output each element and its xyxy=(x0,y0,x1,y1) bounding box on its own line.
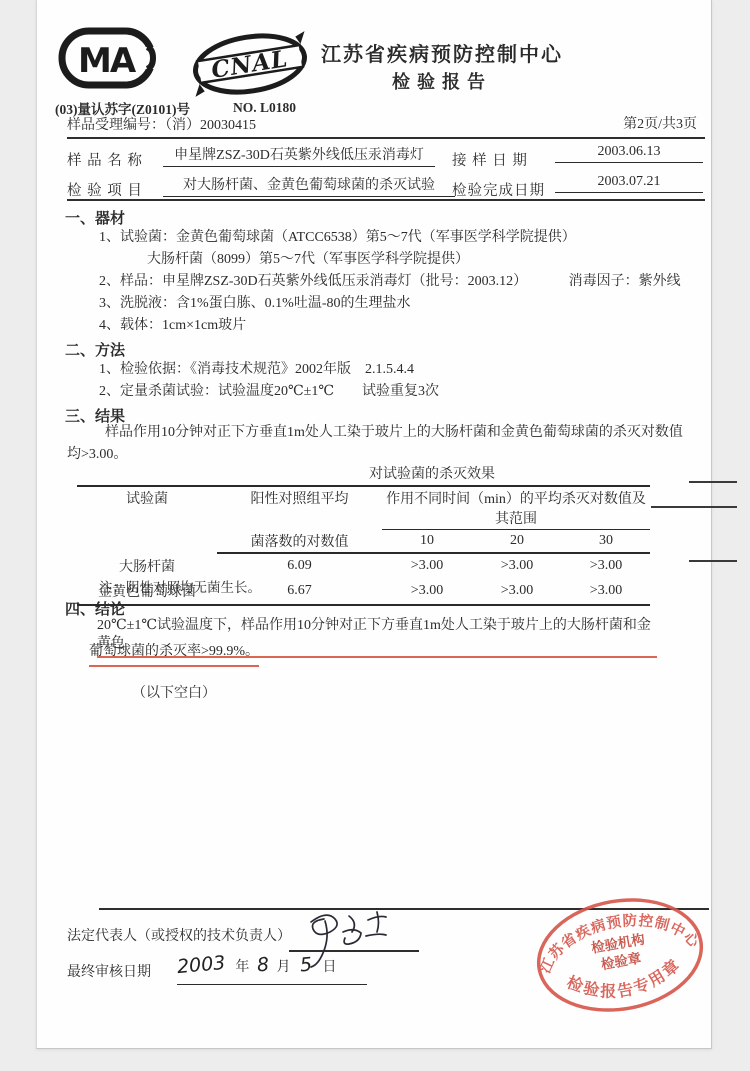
cell-t10: >3.00 xyxy=(382,553,472,579)
col-strain: 试验菌 xyxy=(77,486,217,553)
table-row: 大肠杆菌 6.09 >3.00 >3.00 >3.00 xyxy=(77,553,650,579)
final-review-date-label: 最终审核日期 xyxy=(67,964,151,982)
screenshot-root: { "page": { "number": "第2页/共3页" }, "head… xyxy=(0,0,750,1071)
result-line2: 均>3.00。 xyxy=(67,446,127,464)
page-number: 第2页/共3页 xyxy=(592,116,697,134)
table-title: 对试验菌的杀灭效果 xyxy=(287,466,577,484)
divider-info xyxy=(67,199,705,201)
section-method-title: 二、方法 xyxy=(65,339,125,360)
col-time-10: 10 xyxy=(382,530,472,553)
org-title: 江苏省疾病预防控制中心 xyxy=(277,38,607,67)
complete-date-value: 2003.07.21 xyxy=(555,174,703,193)
sample-accept-no: 样品受理编号：（消）20030415 xyxy=(67,117,256,135)
month-suffix: 月 xyxy=(276,960,290,975)
section-conclusion-title: 四、结论 xyxy=(65,598,125,619)
scan-line-fragment xyxy=(689,560,737,562)
official-stamp: 江苏省疾病预防控制中心 检验报告专用章 检验机构 检验章 xyxy=(527,884,713,1026)
receive-date-value: 2003.06.13 xyxy=(555,144,703,163)
stamp-arc-top-text: 江苏省疾病预防控制中心 xyxy=(529,899,706,980)
report-page: MA CNAL 江苏省疾病预防控制中心 检验报告 (03)量认苏字(Z0101)… xyxy=(36,0,712,1049)
section-materials-title: 一、器材 xyxy=(65,207,125,228)
materials-line2a: 2、样品：申星牌ZSZ-30D石英紫外线低压汞消毒灯（批号：2003.12） xyxy=(99,274,527,289)
stamp-arc-bottom-text: 检验报告专用章 xyxy=(561,953,688,1010)
materials-line3: 3、洗脱液：含1%蛋白胨、0.1%吐温-80的生理盐水 xyxy=(99,295,411,313)
stamp-center-line1: 检验机构 xyxy=(590,931,646,956)
cma-caption: (03)量认苏字(Z0101)号 xyxy=(55,98,190,118)
materials-line1: 1、试验菌：金黄色葡萄球菌（ATCC6538）第5～7代（军事医学科学院提供） xyxy=(99,229,576,247)
svg-text:检验报告专用章: 检验报告专用章 xyxy=(561,953,688,1010)
materials-line2: 2、样品：申星牌ZSZ-30D石英紫外线低压汞消毒灯（批号：2003.12） 消… xyxy=(99,273,681,291)
scan-line-fragment xyxy=(651,506,737,508)
handwritten-day: 5 xyxy=(300,954,314,977)
cell-strain: 大肠杆菌 xyxy=(77,553,217,579)
table-header-row-1: 试验菌 阳性对照组平均 作用不同时间（min）的平均杀灭对数值及其范围 xyxy=(77,486,650,530)
cma-letters: MA xyxy=(78,41,137,81)
cell-t20: >3.00 xyxy=(472,553,562,579)
complete-date-label: 检验完成日期 xyxy=(452,179,545,200)
divider-top xyxy=(67,137,705,139)
materials-line1b: 大肠杆菌（8099）第5～7代（军事医学科学院提供） xyxy=(147,251,469,269)
cell-control: 6.09 xyxy=(217,553,382,579)
method-line2: 2、定量杀菌试验：试验温度20℃±1℃ 试验重复3次 xyxy=(99,383,439,401)
cell-t10: >3.00 xyxy=(382,579,472,605)
materials-line4: 4、载体：1cm×1cm玻片 xyxy=(99,317,246,335)
table-note: 注：阴性对照均无菌生长。 xyxy=(99,576,261,596)
cell-t30: >3.00 xyxy=(562,579,650,605)
cell-t20: >3.00 xyxy=(472,579,562,605)
scan-line-fragment xyxy=(689,481,737,483)
test-item-value: 对大肠杆菌、金黄色葡萄球菌的杀灭试验 xyxy=(163,174,455,197)
col-time-20: 20 xyxy=(472,530,562,553)
conclusion-line2: 葡萄球菌的杀灭率>99.9%。 xyxy=(89,643,259,667)
handwritten-month: 8 xyxy=(256,954,270,977)
col-time-30: 30 xyxy=(562,530,650,553)
year-suffix: 年 xyxy=(235,960,249,975)
day-suffix: 日 xyxy=(323,960,337,975)
report-title: 检验报告 xyxy=(277,68,607,94)
col-group-header: 作用不同时间（min）的平均杀灭对数值及其范围 xyxy=(382,486,650,530)
final-review-date-line: 2003 年 8 月 5 日 xyxy=(177,954,367,985)
col-control-line1: 阳性对照组平均 xyxy=(217,486,382,530)
method-line1: 1、检验依据：《消毒技术规范》2002年版 2.1.5.4.4 xyxy=(99,361,414,379)
cell-t30: >3.00 xyxy=(562,553,650,579)
cma-logo: MA xyxy=(57,26,157,90)
receive-date-label: 接 样 日 期 xyxy=(452,149,528,170)
cnal-caption: NO. L0180 xyxy=(233,100,296,116)
svg-text:江苏省疾病预防控制中心: 江苏省疾病预防控制中心 xyxy=(529,899,706,980)
blank-below-note: （以下空白） xyxy=(132,685,216,703)
test-item-label: 检 验 项 目 xyxy=(67,179,143,200)
stamp-center-line2: 检验章 xyxy=(600,949,643,972)
materials-line2b: 消毒因子：紫外线 xyxy=(569,274,681,289)
sample-name-value: 申星牌ZSZ-30D石英紫外线低压汞消毒灯 xyxy=(163,144,435,167)
result-line1: 样品作用10分钟对正下方垂直1m处人工染于玻片上的大肠杆菌和金黄色葡萄球菌的杀灭… xyxy=(105,424,685,442)
legal-representative-label: 法定代表人（或授权的技术负责人） xyxy=(67,928,291,946)
sample-name-label: 样 品 名 称 xyxy=(67,149,143,170)
col-control-line2: 菌落数的对数值 xyxy=(217,530,382,553)
section-result-title: 三、结果 xyxy=(65,405,125,426)
handwritten-year: 2003 xyxy=(176,952,226,978)
